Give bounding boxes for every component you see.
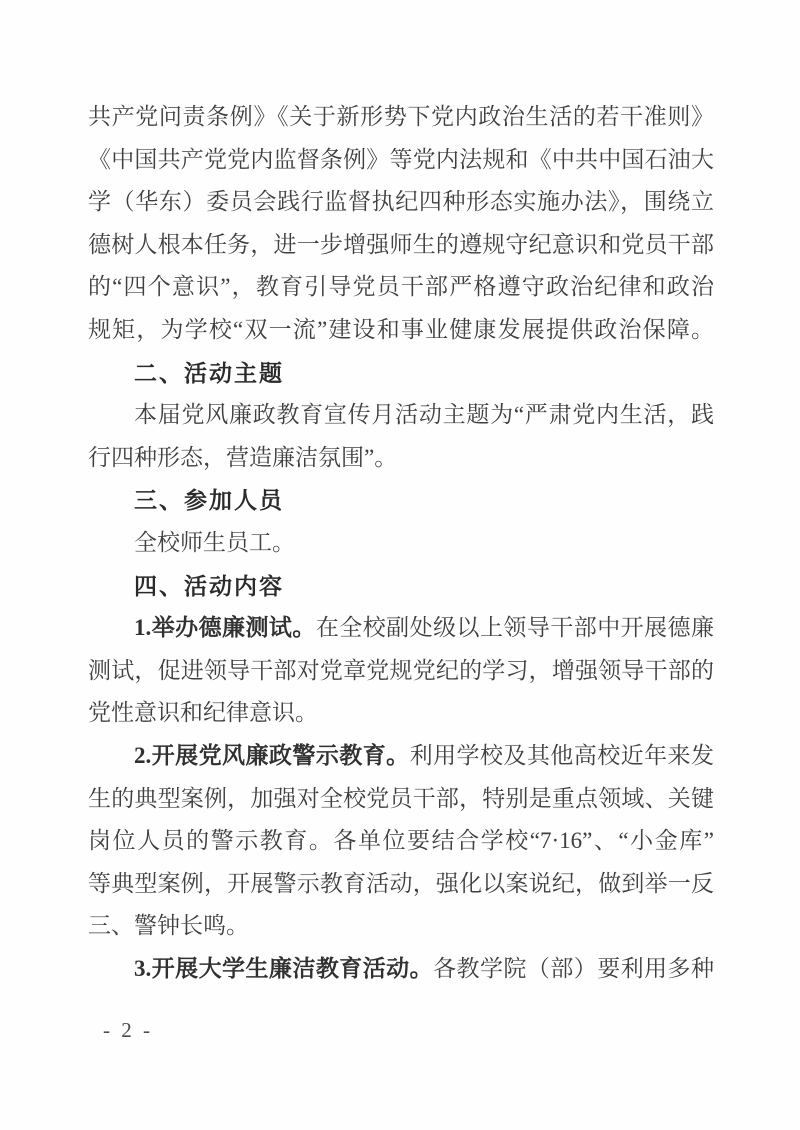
text-line: 全校师生员工。 [88, 522, 714, 565]
document-page: 共产党问责条例》《关于新形势下党内政治生活的若干准则》 《中国共产党党内监督条例… [0, 0, 800, 1130]
line-text: 在全校副处级以上领导干部中开展德廉 [316, 615, 714, 640]
text-line: 生的典型案例，加强对全校党员干部，特别是重点领域、关键 [88, 778, 714, 821]
line-text: 生的典型案例，加强对全校党员干部，特别是重点领域、关键 [88, 786, 714, 811]
text-line: 岗位人员的警示教育。各单位要结合学校“7·16”、“小金库” [88, 820, 714, 863]
text-line: 规矩，为学校“双一流”建设和事业健康发展提供政治保障。 [88, 309, 714, 352]
page-number: - 2 - [103, 1018, 153, 1043]
line-text: 各教学院（部）要利用多种 [433, 956, 714, 981]
text-line: 1.举办德廉测试。在全校副处级以上领导干部中开展德廉 [88, 607, 714, 650]
line-text: 利用学校及其他高校近年来发 [410, 743, 714, 768]
text-line: 2.开展党风廉政警示教育。利用学校及其他高校近年来发 [88, 735, 714, 778]
text-line: 3.开展大学生廉洁教育活动。各教学院（部）要利用多种 [88, 948, 714, 991]
line-text: 等典型案例，开展警示教育活动，强化以案说纪，做到举一反 [88, 871, 714, 896]
item-3-lead: 3.开展大学生廉洁教育活动。 [134, 956, 433, 981]
line-text: 的“四个意识”，教育引导党员干部严格遵守政治纪律和政治 [88, 274, 714, 299]
text-line: 三、警钟长鸣。 [88, 905, 714, 948]
text-line: 的“四个意识”，教育引导党员干部严格遵守政治纪律和政治 [88, 266, 714, 309]
section-heading-3: 三、参加人员 [88, 479, 714, 522]
text-line: 等典型案例，开展警示教育活动，强化以案说纪，做到举一反 [88, 863, 714, 906]
line-text: 《中国共产党党内监督条例》等党内法规和《中共中国石油大 [88, 147, 714, 172]
item-2-lead: 2.开展党风廉政警示教育。 [134, 743, 410, 768]
line-text: 全校师生员工。 [134, 530, 295, 555]
line-text: 岗位人员的警示教育。各单位要结合学校“7·16”、“小金库” [88, 828, 714, 853]
line-text: 德树人根本任务，进一步增强师生的遵规守纪意识和党员干部 [88, 232, 714, 257]
line-text: 测试，促进领导干部对党章党规党纪的学习，增强领导干部的 [88, 658, 714, 683]
text-line: 德树人根本任务，进一步增强师生的遵规守纪意识和党员干部 [88, 224, 714, 267]
heading-text: 二、活动主题 [134, 360, 284, 386]
text-line: 行四种形态，营造廉洁氛围”。 [88, 437, 714, 480]
line-text: 本届党风廉政教育宣传月活动主题为“严肃党内生活，践 [134, 402, 714, 427]
text-line: 测试，促进领导干部对党章党规党纪的学习，增强领导干部的 [88, 650, 714, 693]
item-1-lead: 1.举办德廉测试。 [134, 615, 316, 640]
heading-text: 三、参加人员 [134, 487, 284, 513]
section-heading-2: 二、活动主题 [88, 352, 714, 395]
text-line: 学（华东）委员会践行监督执纪四种形态实施办法》，围绕立 [88, 181, 714, 224]
text-line: 本届党风廉政教育宣传月活动主题为“严肃党内生活，践 [88, 394, 714, 437]
line-text: 规矩，为学校“双一流”建设和事业健康发展提供政治保障。 [88, 317, 714, 342]
section-heading-4: 四、活动内容 [88, 565, 714, 608]
line-text: 行四种形态，营造廉洁氛围”。 [88, 445, 397, 470]
line-text: 党性意识和纪律意识。 [88, 700, 318, 725]
heading-text: 四、活动内容 [134, 573, 284, 599]
text-line: 《中国共产党党内监督条例》等党内法规和《中共中国石油大 [88, 139, 714, 182]
line-text: 三、警钟长鸣。 [88, 913, 249, 938]
line-text: 共产党问责条例》《关于新形势下党内政治生活的若干准则》 [88, 104, 714, 129]
line-text: 学（华东）委员会践行监督执纪四种形态实施办法》，围绕立 [88, 189, 714, 214]
text-line: 党性意识和纪律意识。 [88, 692, 714, 735]
text-line: 共产党问责条例》《关于新形势下党内政治生活的若干准则》 [88, 96, 714, 139]
document-body: 共产党问责条例》《关于新形势下党内政治生活的若干准则》 《中国共产党党内监督条例… [88, 96, 714, 990]
